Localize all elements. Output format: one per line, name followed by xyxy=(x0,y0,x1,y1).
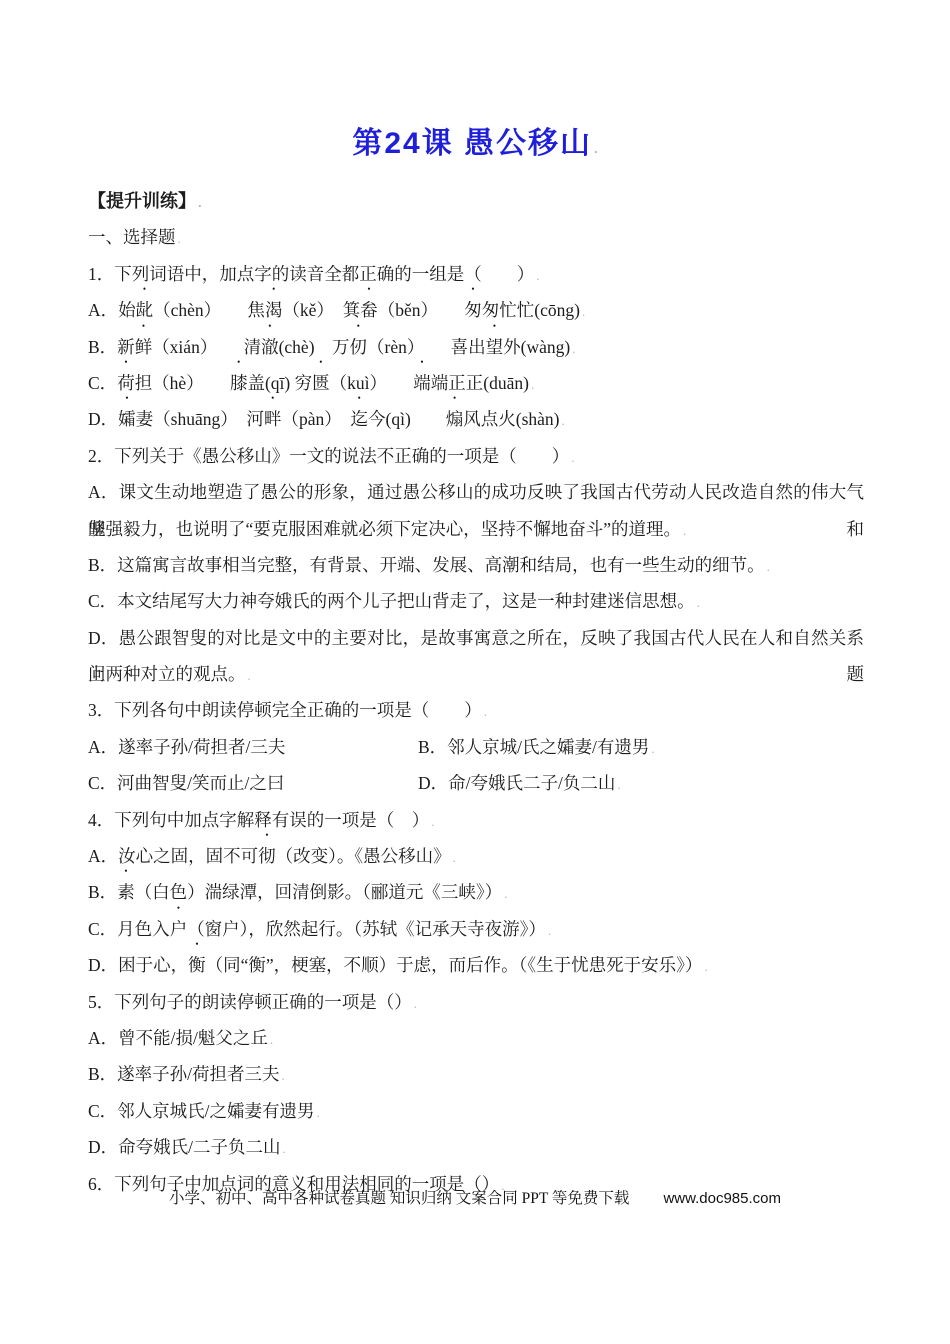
page-title: 第24课 愚公移山. xyxy=(0,118,950,162)
text-segment: 3．下列各句中朗读停顿完全正确的一项是（ ） xyxy=(88,700,482,720)
section-header-training: 【提升训练】. xyxy=(88,183,864,219)
question-1-stem: 1．下列词语中，加点字的读音全都正确的一组是（ ）. xyxy=(88,256,864,292)
emphasis-dot-char: 端 xyxy=(413,365,431,401)
text-segment: （kuì） xyxy=(330,373,414,393)
paragraph-mark: . xyxy=(572,341,575,356)
section-heading-choice: 一、选择题. xyxy=(88,219,864,255)
paragraph-mark: . xyxy=(431,814,434,829)
document-body: 【提升训练】.一、选择题.1．下列词语中，加点字的读音全都正确的一组是（ ）.A… xyxy=(88,183,864,1202)
text-segment: B．这篇寓言故事相当完整，有背景、开端、发展、高潮和结局，也有一些生动的细节。 xyxy=(88,555,765,575)
emphasis-dot-char: 望 xyxy=(486,329,504,365)
text-segment: （kě） 箕 xyxy=(282,300,360,320)
emphasis-dot-char: 畔 xyxy=(264,401,282,437)
emphasis-dot-char: 鲜 xyxy=(135,329,153,365)
question-3-options-row-2: C．河曲智叟/笑而止/之曰D．命/夸娥氏二子/负二山. xyxy=(88,765,864,801)
paragraph-mark: . xyxy=(414,996,417,1011)
paragraph-mark: . xyxy=(536,268,539,283)
text-segment: 上两种对立的观点。 xyxy=(88,664,246,684)
question-3-option-a: A．遂率子孙/荷担者/三夫 xyxy=(88,729,418,765)
paragraph-mark: . xyxy=(282,1068,285,1083)
question-3-option-c: C．河曲智叟/笑而止/之曰 xyxy=(88,765,418,801)
question-3-option-b: B．邻人京城/氏之孀妻/有遗男. xyxy=(418,729,655,767)
text-segment: 一、选择题 xyxy=(88,227,176,247)
question-1-option-c: C．荷担（hè） 膝盖(qī) 穷匮（kuì） 端端正正(duān). xyxy=(88,365,864,401)
paragraph-mark: . xyxy=(531,377,534,392)
text-segment: 端正正(duān) xyxy=(431,373,529,393)
text-segment: 外(wàng) xyxy=(503,337,570,357)
question-3-option-d: D．命/夸娥氏二子/负二山. xyxy=(418,765,621,803)
footer-watermark-text: 小学、初中、高中各种试卷真题 知识归纳 文案合同 PPT 等免费下载 xyxy=(169,1190,629,1207)
paragraph-mark: . xyxy=(594,141,598,156)
paragraph-mark: . xyxy=(548,923,551,938)
paragraph-mark: . xyxy=(571,450,574,465)
paragraph-mark: . xyxy=(178,231,181,246)
question-1-option-b: B．新鲜（xián） 清澈(chè) 万仞（rèn） 喜出望外(wàng). xyxy=(88,329,864,365)
paragraph-mark: . xyxy=(617,777,620,792)
text-segment: C．河曲智叟/笑而止/之曰 xyxy=(88,773,284,793)
question-4-option-b: B．素（白色）湍绿潭，回清倒影。（郦道元《三峡》）. xyxy=(88,874,864,910)
question-2-stem: 2．下列关于《愚公移山》一文的说法不正确的一项是（ ）. xyxy=(88,438,864,474)
question-3-options-row-1: A．遂率子孙/荷担者/三夫B．邻人京城/氏之孀妻/有遗男. xyxy=(88,729,864,765)
question-5-option-c: C．邻人京城氏/之孀妻有遗男. xyxy=(88,1093,864,1129)
text-segment: （窗户），欣然起行。（苏轼《记承天寺夜游》） xyxy=(187,919,546,939)
paragraph-mark: . xyxy=(270,1032,273,1047)
text-segment: （白色）湍绿潭，回清倒影。（郦道元《三峡》） xyxy=(135,882,503,902)
text-segment: 今(qì) xyxy=(368,409,446,429)
paragraph-mark: . xyxy=(562,413,565,428)
question-2-option-c: C．本文结尾写大力神夸娥氏的两个儿子把山背走了，这是一种封建迷信思想。. xyxy=(88,583,864,619)
text-segment: （xián） 清 xyxy=(152,337,261,357)
page-title-text: 第24课 愚公移山 xyxy=(352,127,592,160)
paragraph-mark: . xyxy=(453,850,456,865)
text-segment: C． xyxy=(88,373,117,393)
emphasis-dot-char: 畚 xyxy=(360,292,378,328)
question-5-option-b: B．遂率子孙/荷担者三夫. xyxy=(88,1056,864,1092)
text-segment: （chèn） 焦 xyxy=(153,300,265,320)
text-segment: A．曾不能/损/魁父之丘 xyxy=(88,1028,268,1048)
emphasis-dot-char: 户 xyxy=(170,911,188,947)
question-1-option-a: A．始龀（chèn） 焦渴（kě） 箕畚（běn） 匆匆忙忙(cōng). xyxy=(88,292,864,328)
emphasis-dot-char: 澈 xyxy=(261,329,279,365)
emphasis-dot-char: 孀 xyxy=(118,401,136,437)
footer-site-url: www.doc985.com xyxy=(663,1190,781,1207)
question-1-option-d: D．孀妻（shuāng） 河畔（pàn） 迄今(qì) 煽风点火(shàn). xyxy=(88,401,864,437)
emphasis-dot-char: 匆 xyxy=(464,292,482,328)
paragraph-mark: . xyxy=(683,523,686,538)
question-5-option-a: A．曾不能/损/魁父之丘. xyxy=(88,1020,864,1056)
question-2-option-d-line-1: D．愚公跟智叟的对比是文中的主要对比，是故事寓意之所在，反映了我国古代人民在人和… xyxy=(88,620,864,656)
emphasis-dot-char: 衡 xyxy=(188,947,206,983)
paragraph-mark: . xyxy=(697,595,700,610)
emphasis-dot-char: 仞 xyxy=(350,329,368,365)
question-2-option-a-line-1: A．课文生动地塑造了愚公的形象，通过愚公移山的成功反映了我国古代劳动人民改造自然… xyxy=(88,474,864,510)
text-segment: D．命夸娥氏/二子负二山 xyxy=(88,1137,281,1157)
text-segment: （改变）。《愚公移山》 xyxy=(276,846,451,866)
text-segment: D．命/夸娥氏二子/负二山 xyxy=(418,773,615,793)
text-segment: （rèn） 喜出 xyxy=(367,337,486,357)
paragraph-mark: . xyxy=(248,668,251,683)
text-segment: 风点火(shàn) xyxy=(463,409,559,429)
text-segment: 5．下列句子的朗读停顿正确的一项是（） xyxy=(88,992,412,1012)
text-segment: 坚强毅力，也说明了“要克服困难就必须下定决心，坚持不懈地奋斗”的道理。 xyxy=(88,519,681,539)
text-segment: A．汝心之固，固不可 xyxy=(88,846,258,866)
question-4-option-a: A．汝心之固，固不可彻（改变）。《愚公移山》. xyxy=(88,838,864,874)
question-4-option-d: D．困于心，衡（同“衡”，梗塞，不顺）于虑，而后作。（《生于忧患死于安乐》）. xyxy=(88,947,864,983)
text-segment: （pàn） xyxy=(281,409,350,429)
text-segment: （同“衡”，梗塞，不顺）于虑，而后作。（《生于忧患死于安乐》） xyxy=(206,955,703,975)
text-segment: D．困于心， xyxy=(88,955,188,975)
paragraph-mark: . xyxy=(484,704,487,719)
text-segment: B． xyxy=(88,882,117,902)
text-segment: C．邻人京城氏/之孀妻有遗男 xyxy=(88,1101,315,1121)
text-segment: （běn） xyxy=(378,300,465,320)
text-segment: 妻（shuāng） 河 xyxy=(136,409,264,429)
emphasis-dot-char: 迄 xyxy=(351,401,369,437)
document-page: { "title": { "text": "第24课 愚公移山" }, "col… xyxy=(0,0,950,1344)
question-3-stem: 3．下列各句中朗读停顿完全正确的一项是（ ）. xyxy=(88,692,864,728)
text-segment: C．本文结尾写大力神夸娥氏的两个儿子把山背走了，这是一种封建迷信思想。 xyxy=(88,591,695,611)
emphasis-dot-char: 彻 xyxy=(258,838,276,874)
question-4-option-c: C．月色入户（窗户），欣然起行。（苏轼《记承天寺夜游》）. xyxy=(88,911,864,947)
question-4-stem: 4．下列句中加点字解释有误的一项是（ ）. xyxy=(88,802,864,838)
question-2-option-b: B．这篇寓言故事相当完整，有背景、开端、发展、高潮和结局，也有一些生动的细节。. xyxy=(88,547,864,583)
emphasis-dot-char: 煽 xyxy=(446,401,464,437)
text-segment: 2．下列关于《愚公移山》一文的说法不正确的一项是（ ） xyxy=(88,446,569,466)
page-footer: 小学、初中、高中各种试卷真题 知识归纳 文案合同 PPT 等免费下载www.do… xyxy=(0,1186,950,1208)
question-5-option-d: D．命夸娥氏/二子负二山. xyxy=(88,1129,864,1165)
text-segment: 1．下列词语中，加点字的读音全都正确的一组是（ ） xyxy=(88,264,534,284)
text-segment: B．遂率子孙/荷担者三夫 xyxy=(88,1064,280,1084)
text-segment: (chè) 万 xyxy=(279,337,350,357)
paragraph-mark: . xyxy=(198,195,202,210)
text-segment: B．新 xyxy=(88,337,135,357)
text-segment: 匆忙忙(cōng) xyxy=(482,300,580,320)
paragraph-mark: . xyxy=(704,959,707,974)
question-5-stem: 5．下列句子的朗读停顿正确的一项是（）. xyxy=(88,984,864,1020)
emphasis-dot-char: 素 xyxy=(117,874,135,910)
paragraph-mark: . xyxy=(283,1141,286,1156)
paragraph-mark: . xyxy=(767,559,770,574)
text-segment: A．遂率子孙/荷担者/三夫 xyxy=(88,737,285,757)
paragraph-mark: . xyxy=(651,741,654,756)
text-segment: 4．下列句中加点字解释有误的一项是（ ） xyxy=(88,810,429,830)
text-segment: B．邻人京城/氏之孀妻/有遗男 xyxy=(418,737,649,757)
text-segment: C．月色入 xyxy=(88,919,170,939)
paragraph-mark: . xyxy=(582,304,585,319)
text-segment: A．始 xyxy=(88,300,136,320)
text-segment: 盖(qī) 穷 xyxy=(247,373,312,393)
text-segment: D． xyxy=(88,409,118,429)
text-segment: 担（hè） xyxy=(135,373,230,393)
emphasis-dot-char: 匮 xyxy=(312,365,330,401)
emphasis-dot-char: 膝 xyxy=(230,365,248,401)
paragraph-mark: . xyxy=(504,886,507,901)
paragraph-mark: . xyxy=(317,1105,320,1120)
text-segment: 【提升训练】 xyxy=(88,191,196,211)
